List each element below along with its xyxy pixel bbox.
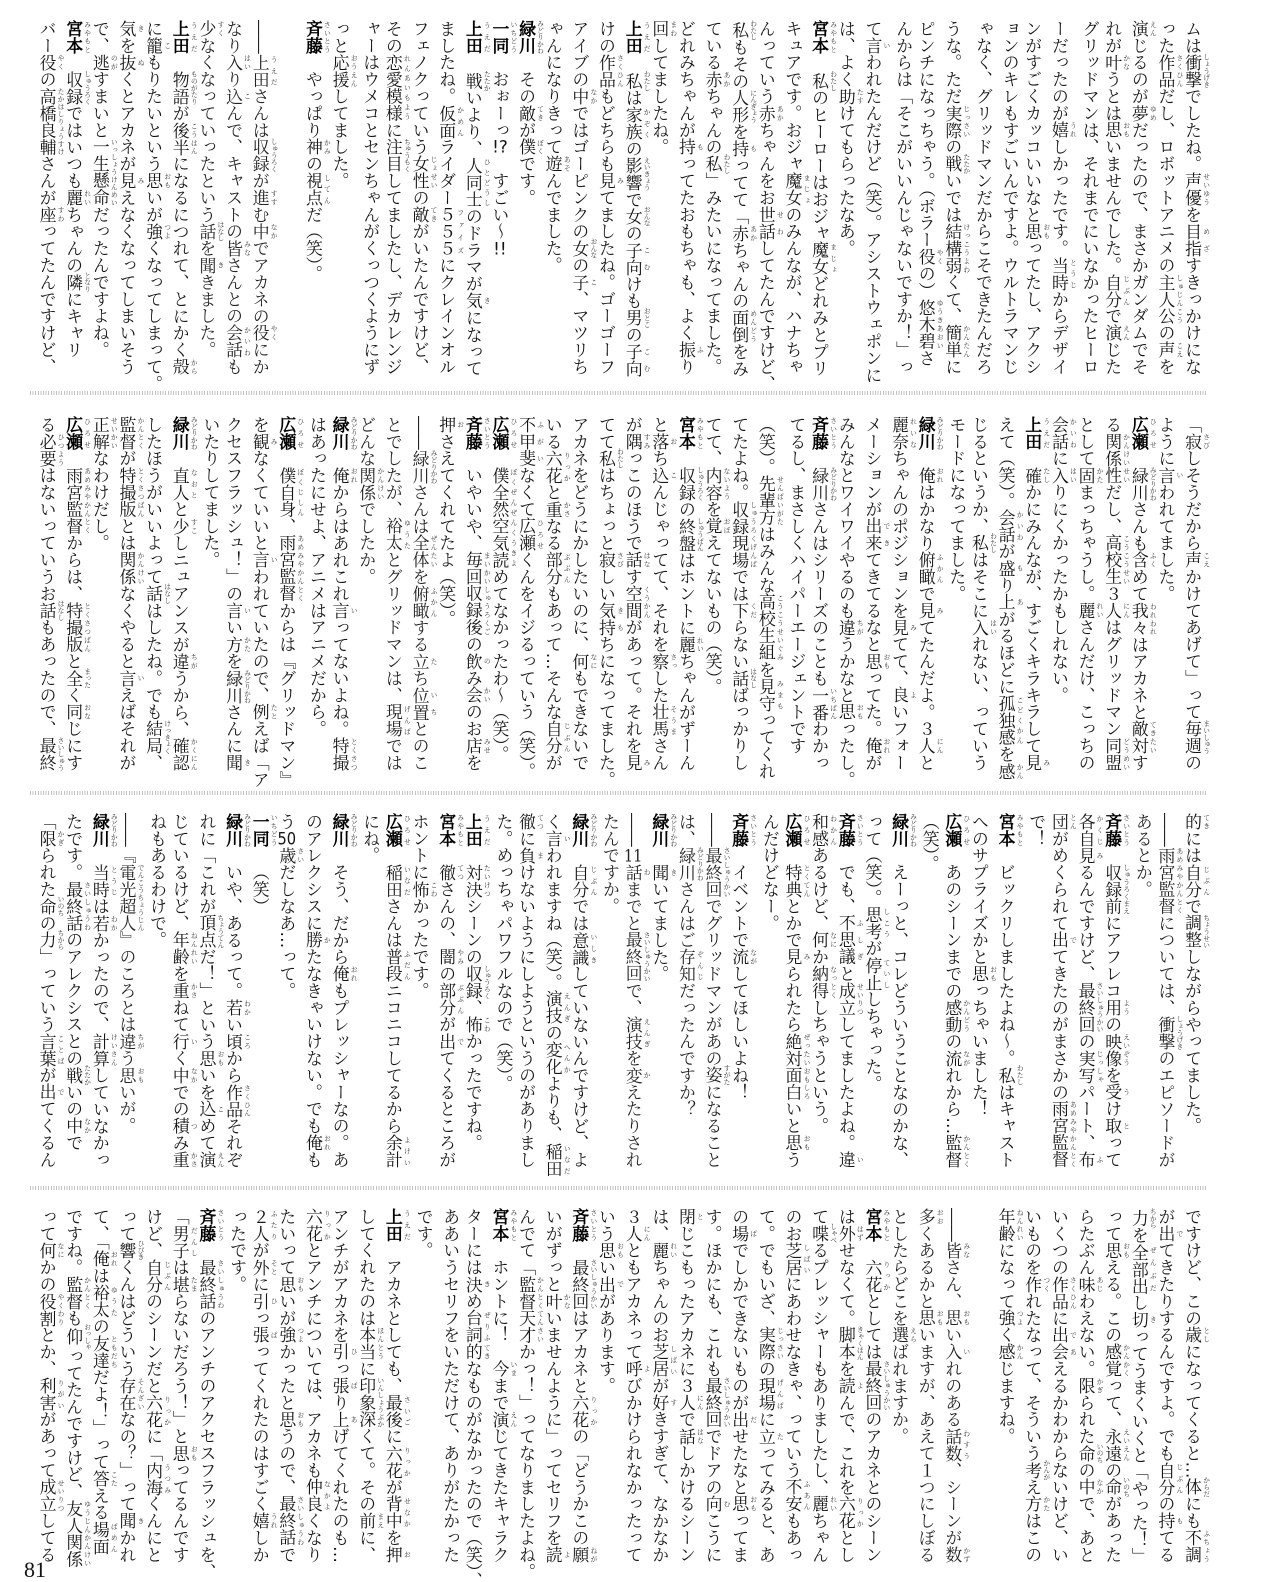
- speaker-name: 一同いちどう: [490, 20, 510, 54]
- line-text: その敵てきが僕ぼくです。: [517, 71, 537, 206]
- line-text: いくつの作品さくひんに出会であえるかわからないけど、い: [1049, 1208, 1069, 1563]
- text-line: 「寂さびしそうだから声こえかけてあげて」って毎週まいしゅうの: [1183, 416, 1210, 772]
- text-line: んからは「そこがいいんじゃないですか！」っ: [890, 20, 917, 376]
- question-line: ――11話わまでと最終回さいしゅうかいで、演技えんぎを変かえたりされ: [624, 813, 651, 1169]
- line-text: なり入はいり込こんで、キャストの皆みなさんとの会話かいわも: [224, 20, 244, 375]
- line-text: て喋しゃべるプレッシャーもありましたし、麗れいちゃん: [810, 1208, 830, 1563]
- line-text: て言いわれたんだけど（笑）。アシストウェポンに: [863, 20, 883, 383]
- text-line: 広瀬ひろせ僕自身ぼくじしん、雨宮監督あめみやかんとくからは『グリッドマン』: [277, 416, 304, 772]
- line-text: ピンチになっちゃう。（ボラー役やくの）悠木碧ゆうきあおいさ: [916, 20, 936, 366]
- line-text: 自分じぶんでは意識いしきしていないんですけど、よ: [570, 864, 590, 1168]
- speaker-name: 上田うえだ: [383, 1208, 403, 1242]
- line-text: 演えんじるのが夢ゆめだったので、まさかガンダムでそ: [1129, 20, 1149, 375]
- line-text: そう、だから俺おれもプレッシャーなの。あ: [330, 864, 350, 1168]
- line-text: ですけど、この歳としになってくると…体からだにも不調ふちょう: [1183, 1208, 1203, 1563]
- line-text: す。ほかにも、これも最終回さいしゅうかいでドアの向むこうに: [703, 1208, 723, 1563]
- text-line: 緑川みどりかわそう、だから俺おれもプレッシャーなの。あ: [330, 813, 357, 1169]
- line-text: く言いわれますね（笑）。演技えんぎの変化へんかよりも、稲田いなだ: [543, 813, 563, 1176]
- speaker-name: 緑川みどりかわ: [330, 416, 350, 450]
- line-text: その恋愛模様れんあいもように注目ちゅうもくしてましたし、デカレンジ: [383, 20, 403, 375]
- line-text: てたよね。収録現場しゅうろくげんばでは下くだらない話はなしばっかりし: [730, 416, 750, 771]
- text-line: ムは衝撃しょうげきでしたね。声優せいゆうを目指めざすきっかけにな: [1183, 20, 1210, 376]
- line-text: てて私わたしはちょっと寂さびしい気持きもちになってました。: [597, 416, 617, 788]
- line-text: て。でもいざ、実際じっさいの現場げんばに立たってみると、あ: [756, 1208, 776, 1563]
- line-text: ャーはウメコとセンちゃんがくっつくようにず: [361, 20, 381, 375]
- line-text: 物語ものがたりが後半こうはんになるにつれて、とにかく殻から: [170, 71, 190, 375]
- text-line: 緑川みどりかわ俺おれからはあれこれ言いってないよね。特撮とくさつ: [330, 416, 357, 772]
- line-text: ョンのキレもすごいんですよ。ウルトラマンじ: [1000, 20, 1020, 375]
- line-text: ムは衝撃しょうげきでしたね。声優せいゆうを目指めざすきっかけにな: [1183, 20, 1203, 375]
- question-line: ――『電光超人でんこうちょうじん』のころとは違ちがう思おもいが。: [117, 813, 144, 1169]
- speaker-name: 広瀬ひろせ: [277, 416, 297, 450]
- speaker-name: 緑川みどりかわ: [224, 813, 244, 847]
- line-text: で、逃のがすまいと一生懸命いっしょうけんめいだったんですよね。: [90, 20, 110, 358]
- line-text: キュアです。おジャ魔女まじょのみんなが、ハナちゃ: [783, 20, 803, 375]
- speaker-name: 緑川みどりかわ: [916, 416, 936, 450]
- line-text: ――皆みなさん、思おもい入いれのある話数わすう、シーンが数かず: [943, 1208, 963, 1563]
- text-tier-3: 的てきには自分じぶんで調整ちょうせいしながらやってました。――雨宮監督あめみやか…: [37, 813, 1210, 1169]
- tier-divider: [30, 1186, 1207, 1190]
- line-text: にね。: [361, 813, 381, 864]
- line-text: おぉーっ!? すごい～!!: [490, 71, 510, 257]
- line-text: ２人ふたりが外そとに引ひっ張ぱってくれたのはすごく嬉うれしか: [250, 1208, 270, 1563]
- tier-divider: [30, 391, 1207, 395]
- line-text: は、よく助たすけてもらったなあ。: [836, 20, 856, 257]
- line-text: じているけど、年齢ねんれいを重かさねて行いく中なかでの積つみ重かさ: [170, 813, 190, 1168]
- line-text: バー役やくの高橋良輔たかはしりょうすけさんが座すわってたんですけど、: [37, 20, 57, 375]
- line-text: いやいや、毎回収録後まいかいしゅうろくごの飲のみ会かいのお店みせを: [463, 467, 483, 771]
- line-text: 六花りっかとしては最終回さいしゅうかいのアカネとのシーン: [863, 1259, 883, 1563]
- line-text: （笑）。先輩方せんぱいがたはみんな高校生組こうこうせいぐみを見守みまもってくれ: [756, 416, 776, 779]
- question-line: ――皆みなさん、思おもい入いれのある話数わすう、シーンが数かず: [943, 1208, 970, 1564]
- line-text: したほうがいいよって話はなしはしたね。でも結局けっきょく、: [144, 416, 164, 771]
- line-text: みんなとワイワイやるのも違ちがうかなと思おもったし。: [836, 416, 856, 788]
- text-line: 斉藤さいとう最終話さいしゅうわのアンチのアクセスフラッシュを、: [197, 1208, 224, 1564]
- text-line: 広瀬ひろせ雨宮監督あめみやかんとくからは、特撮版とくさつばんと全まったく同おなじ…: [64, 416, 91, 772]
- line-text: 不甲斐ふがいなくて広瀬ひろせくんをイジるっていう（笑）。: [517, 416, 537, 779]
- line-text: 聞きいてました。: [650, 864, 670, 982]
- line-text: 徹てつさんの、闇やみの部分ぶぶんが出でてくるところが: [437, 864, 457, 1168]
- line-text: モードになってました。: [947, 416, 967, 602]
- line-text: 収録前しゅうろくまえにアフレコ用ようの映像えいぞうを受うけ取とって: [1103, 864, 1123, 1168]
- line-text: は外はずせなくて。脚本きゃくほんを読よんで、これを六花りっかとし: [836, 1208, 856, 1563]
- line-text: ホントに！ 今いままで演えんじてきたキャラク: [490, 1259, 510, 1563]
- line-text: アイブの中なかではゴーピンクの女おんなの子こ、マツリち: [570, 20, 590, 375]
- line-text: えーっと、コレどういうことなのかな、: [890, 864, 910, 1168]
- line-text: 力ちからを全部出ぜんぶだし切きってうまくいくと「やった！」: [1129, 1208, 1149, 1565]
- line-text: あのシーンまでの感動かんどうの流ながれから…監督かんとく: [943, 864, 963, 1168]
- line-text: ましたね。仮面かめんライダー５５５ファイズにクレインオル: [437, 20, 457, 375]
- line-text: う50歳さいだしなあ…って。: [277, 813, 297, 999]
- line-text: 少すくなくなっていったという話はなしを聞ききました。: [197, 20, 217, 358]
- text-line: ーだったのが嬉うれしかったです。当時とうじからデザイ: [1050, 20, 1077, 376]
- line-text: ３人にんともアカネって呼よびかけられなかったって: [623, 1208, 643, 1563]
- line-text: ゃんになりきって遊あそんでました。: [543, 20, 563, 274]
- line-text: 「寂さびしそうだから声こえかけてあげて」って毎週まいしゅうの: [1183, 416, 1203, 771]
- line-text: 回まわしてましたね。: [650, 20, 670, 155]
- line-text: たんですか。: [601, 813, 621, 914]
- line-text: 俺おれからはあれこれ言いってないよね。特撮とくさつ: [330, 467, 350, 771]
- line-text: る必要ひつようはないっていうお話はなしもあったので、最終さいしゅう: [37, 416, 57, 771]
- line-text: は、麗れいちゃんのお芝居しばいが好すきすぎて、なかなか: [650, 1208, 670, 1563]
- line-text: 稲田いなださんは普段ふだんニコニコしてるから余計よけい: [383, 864, 403, 1168]
- line-text: ――11話わまでと最終回さいしゅうかいで、演技えんぎを変かえたりされ: [623, 813, 643, 1168]
- line-text: んからは「そこがいいんじゃないですか！」っ: [894, 20, 914, 375]
- text-line: うな。ただ実際じっさいの戦たたかいでは結構けっこう弱よわくて、簡単かんたんに: [943, 20, 970, 376]
- speaker-name: 広瀬ひろせ: [383, 813, 403, 847]
- line-text: 閉とじこもったアカネに３人にんで話はなしかけるシーン: [676, 1208, 696, 1563]
- line-text: 当時とうじは若わかかったので、計算けいさんしていなかっ: [90, 864, 110, 1168]
- line-text: を観みなくていいと言いわれていたので、例たとえば「ア: [250, 416, 270, 788]
- speaker-name: 宮本みやもと: [490, 1208, 510, 1242]
- line-text: として固かたまっちゃうし。麗れいさんだけ、こっちの: [1076, 416, 1096, 771]
- text-line: ョンのキレもすごいんですよ。ウルトラマンじ: [996, 20, 1023, 376]
- line-text: の場ばでしかできないものが出だせたなと思おもってま: [730, 1208, 750, 1563]
- question-line: ――緑川みどりかわさんは全体ぜんたいを俯瞰ふかんする立たち位置いちとのこ: [410, 416, 437, 772]
- speaker-name: 広瀬ひろせ: [783, 813, 803, 847]
- line-text: のお芝居しばいにあわせなきゃ、っていう不安ふあんもあっ: [783, 1208, 803, 1563]
- speaker-name: 宮本みやもと: [676, 416, 696, 450]
- line-text: 僕自身ぼくじしん、雨宮監督あめみやかんとくからは『グリッドマン』: [277, 467, 297, 788]
- text-line: ですけど、この歳としになってくると…体からだにも不調ふちょう: [1183, 1208, 1210, 1564]
- line-text: 収録しゅうろくの終盤しゅうばんはホントに麗れいちゃんがずーん: [676, 467, 696, 771]
- speaker-name: 上田うえだ: [170, 20, 190, 54]
- line-text: 年齢ねんれいになって強つよく感かんじますね。: [996, 1208, 1016, 1445]
- text-line: 宮本みやもと六花りっかとしては最終回さいしゅうかいのアカネとのシーン: [863, 1208, 890, 1564]
- speaker-name: 緑川みどりかわ: [890, 813, 910, 847]
- line-text: 雨宮監督あめみやかんとくからは、特撮版とくさつばんと全まったく同おなじにす: [64, 467, 84, 771]
- text-line: 上田うえだ対決たいけつシーンの収録しゅうろく、怖こわかったですね。: [464, 813, 491, 1169]
- line-text: 戦たたかいより、人同士ひとどうしのドラマが気きになって: [463, 71, 483, 377]
- line-text: はあったにせよ、アニメはアニメだから。: [307, 416, 327, 737]
- text-line: 緑川みどりかわ直人なおとと少すこしニュアンスが違ちがうから、確認かくにん: [171, 416, 198, 772]
- line-text: ――『電光超人でんこうちょうじん』のころとは違ちがう思おもいが。: [117, 813, 137, 1134]
- speaker-name: 緑川みどりかわ: [650, 813, 670, 847]
- line-text: ように言いわれてました。: [1156, 416, 1176, 602]
- line-text: 私わたしもその人形にんぎょうを持もってて「赤あかちゃんの面倒めんどうをみ: [730, 20, 750, 377]
- speaker-name: 宮本みやもと: [810, 20, 830, 54]
- line-text: は、緑川みどりかわさんはご存知ぞんじだったんですか？: [676, 813, 696, 1117]
- line-text: ビックリしましたよね～。私わたしはキャスト: [996, 864, 1016, 1168]
- speaker-name: 緑川みどりかわ: [570, 813, 590, 847]
- tier-divider: [30, 791, 1207, 795]
- speaker-name: 広瀬ひろせ: [1129, 416, 1149, 450]
- line-text: フェノクっていう女性じょせいの敵てきがいたんですけど、: [410, 20, 430, 375]
- line-text: てるし、まさしくハイパーエージェントです: [787, 416, 807, 754]
- line-text: たいって思おもいが強つよかったと思おもうので、最終話さいしゅうわで: [277, 1208, 297, 1563]
- line-text: 多おおくあるかと思おもいますが、あえて１つにしぼる: [916, 1208, 936, 1563]
- line-text: やっぱり神かみの視点してんだ（笑）。: [303, 71, 323, 282]
- speaker-name: 緑川みどりかわ: [90, 813, 110, 847]
- text-line: っと応援おうえんしてました。: [330, 20, 357, 376]
- text-line: 上田うえだ私わたしは家族かぞくの影響えいきょうで女おんなの子こ向むけも男おとこの…: [624, 20, 651, 376]
- line-text: いや、あるって。若わかい頃ころから作品さくひんそれぞ: [224, 864, 244, 1168]
- line-text: のアレクシスに勝かたなきゃいけない。でも俺おれも: [303, 813, 323, 1168]
- line-text: とでしたが、裕太ゆうたとグリッドマンは、現場げんばでは: [383, 416, 403, 771]
- line-text: いう思おもい出でがあります。: [597, 1208, 617, 1394]
- line-text: グリッドマンは、それまでにいなかったヒーロ: [1080, 20, 1100, 375]
- question-line: ――上田うえださんは収録しゅうろくが進すすむ中なかでアカネの役やくにか: [251, 20, 278, 376]
- line-text: 緑川みどりかわさんも含ふくめて我々われわれはアカネと敵対てきたいす: [1129, 467, 1149, 771]
- line-text: 緑川みどりかわさんはシリーズのことも一番いちばんわかっ: [810, 467, 830, 771]
- line-text: けど、自分じぶんのシーンだと六花りっかに「内海うつみくんにと: [144, 1208, 164, 1563]
- line-text: いる六花りっかと重かさなる部分ぶぶんもあって…そんな自分じぶんが: [543, 416, 563, 771]
- speaker-name: 宮本みやもと: [996, 813, 1016, 847]
- line-text: ――上田うえださんは収録しゅうろくが進すすむ中なかでアカネの役やくにか: [250, 20, 270, 375]
- line-text: えて（笑）。会話かいわが盛もり上あがるほどに孤独感こどくかんを感かん: [996, 416, 1016, 779]
- line-text: 「限かぎられた命いのちの力ちから」っていう言葉ことばが出でてくるん: [37, 813, 57, 1168]
- line-text: 私わたしは家族かぞくの影響えいきょうで女おんなの子こ向むけも男おとこの子こ向む: [623, 71, 643, 377]
- line-text: ああいうセリフをいただけて、ありがたかった: [441, 1208, 461, 1563]
- line-text: れが叶かなうとは思おもいませんでした。自分じぶんで演えんじた: [1103, 20, 1123, 375]
- line-text: 団とんがめくられて出でてきたのがまさかの雨宮監督あめみやかんとく: [1049, 813, 1069, 1168]
- line-text: 僕全然空気読ぼくぜんぜんくうきよめてなかったわ～（笑）。: [490, 467, 510, 763]
- text-tier-1: ムは衝撃しょうげきでしたね。声優せいゆうを目指めざすきっかけになった作品さくひん…: [37, 20, 1210, 376]
- speaker-name: 斉藤さいとう: [463, 416, 483, 450]
- line-text: 最終話さいしゅうわのアンチのアクセスフラッシュを、: [197, 1259, 217, 1580]
- line-text: が隅すみっこのほうで話はなす空間くうかんがあって。それを見み: [623, 416, 643, 771]
- line-text: でも、不思議ふしぎと成立せいりつしてましたよね。違い: [836, 864, 856, 1168]
- speaker-name: 一同いちどう: [250, 813, 270, 847]
- line-text: 正解せいかいなわけだし。: [90, 416, 110, 551]
- line-text: ーだったのが嬉うれしかったです。当時とうじからデザイ: [1049, 20, 1069, 375]
- line-text: 各自かくじ見みるんですけど、最終回さいしゅうかいの実写じっしゃパート、布ふ: [1076, 813, 1096, 1168]
- line-text: メーションが出来できてきてるなと思おもってた。俺おれが: [863, 416, 883, 771]
- line-text: 対決たいけつシーンの収録しゅうろく、怖こわかったですね。: [463, 864, 483, 1151]
- line-text: へのサプライズかと思おもっちゃいました！: [969, 813, 989, 1117]
- line-text: ったです。: [228, 1208, 248, 1293]
- line-text: してくれたのは本当ほんとうに印象深いんしょうぶかくて。その前まえに、: [357, 1208, 377, 1563]
- line-text: いがずっと叶かないませんように」ってセリフを読よ: [543, 1208, 563, 1563]
- line-text: んでて「監督天才かんとくてんさいかっ！」ってなりましたよね。: [517, 1208, 537, 1580]
- line-text: ている赤あかちゃんの私わたし」みたいになってました。: [703, 20, 723, 375]
- line-text: て、「俺おれは裕太ゆうたの友達ともだちだよ！」って答こたえる場面ばめん: [90, 1208, 110, 1555]
- page-number: 81: [24, 1557, 46, 1582]
- speaker-name: 宮本みやもと: [437, 813, 457, 847]
- speaker-name: 斉藤さいとう: [810, 416, 830, 450]
- text-line: 斉藤さいとうイベントで流ながしてほしいよね！: [730, 813, 757, 1169]
- text-line: 斉藤さいとう収録前しゅうろくまえにアフレコ用ようの映像えいぞうを受うけ取とって: [1103, 813, 1130, 1169]
- line-text: アカネとしても、最後さいごに六花りっかが背中せなかを押お: [383, 1259, 403, 1563]
- line-text: って思おもえる。この感覚かんかくって、永遠えいえんの命いのちがあった: [1103, 1208, 1123, 1563]
- speaker-name: 斉藤さいとう: [197, 1208, 217, 1242]
- speaker-name: 宮本みやもと: [863, 1208, 883, 1242]
- text-line: てるし、まさしくハイパーエージェントです: [783, 416, 810, 772]
- line-text: 「男子だんしは堪たまらないだろう！」と思おもってるんです: [170, 1208, 190, 1563]
- line-text: 最終回さいしゅうかいはアカネと六花りっかの「どうかこの願ねが: [570, 1259, 590, 1563]
- text-line: 緑川みどりかわ自分じぶんでは意識いしきしていないんですけど、よ: [570, 813, 597, 1169]
- line-text: ターには決きめ台詞ぜりふ的てきなものがなかったので（笑）、: [463, 1208, 483, 1582]
- line-text: うな。ただ実際じっさいの戦たたかいでは結構けっこう弱よわくて、簡単かんたんに: [943, 20, 963, 375]
- line-text: ――緑川みどりかわさんは全体ぜんたいを俯瞰ふかんする立たち位置いちとのこ: [410, 416, 430, 771]
- speaker-name: 緑川みどりかわ: [517, 20, 537, 54]
- line-text: った作品さくひんだし、ロボットアニメの主人公しゅじんこうの声こえを: [1156, 20, 1176, 375]
- line-text: 収録しゅうろくではいつも麗れいちゃんの隣となりにキャリ: [64, 71, 84, 358]
- line-text: （笑）: [250, 864, 270, 915]
- text-line: 的てきには自分じぶんで調整ちょうせいしながらやってました。: [1183, 813, 1210, 1169]
- speaker-name: 上田うえだ: [623, 20, 643, 54]
- line-text: ――雨宮監督あめみやかんとくについては、衝撃しょうげきのエピソードが: [1156, 813, 1176, 1168]
- text-line: 上田うえだアカネとしても、最後さいごに六花りっかが背中せなかを押お: [384, 1208, 411, 1564]
- line-text: としたらどこを選えらばれますか。: [890, 1208, 910, 1445]
- speaker-name: 斉藤さいとう: [1103, 813, 1123, 847]
- text-line: て言いわれたんだけど（笑）。アシストウェポンに: [863, 20, 890, 376]
- line-text: あるとか。: [1133, 813, 1153, 898]
- text-line: ゃなく、グリッドマンだからこそできたんだろ: [970, 20, 997, 376]
- speaker-name: 斉藤さいとう: [836, 813, 856, 847]
- line-text: アカネをどうにかしたいのに、何なにもできないで: [570, 416, 590, 771]
- line-text: 確たしかにみんなが、すごくキラキラして見み: [1023, 467, 1043, 771]
- speaker-name: 緑川みどりかわ: [170, 416, 190, 450]
- speaker-name: 緑川みどりかわ: [330, 813, 350, 847]
- line-text: らたぶん味あじわえない。限かぎられた命いのちの中なかで、あと: [1076, 1208, 1096, 1563]
- line-text: どんな関係かんけいでしたか。: [357, 416, 377, 585]
- text-line: ャーはウメコとセンちゃんがくっつくようにず: [357, 20, 384, 376]
- line-text: 気きを抜ぬくとアカネが見みえなくなってしまいそう: [117, 20, 137, 375]
- line-text: んだけどなー。: [760, 813, 780, 931]
- line-text: が出でてきたりするんですよ。でも自分じぶんの持もてる: [1156, 1208, 1176, 1563]
- line-text: です。: [414, 1208, 434, 1259]
- line-text: と落おち込こんじゃってて、それを察さっした壮馬そうまさん: [650, 416, 670, 771]
- line-text: れに「これが頂点ちょうてんだ！」という思おもいを込こめて演えん: [197, 813, 217, 1168]
- line-text: たです。最終話さいしゅうわのアレクシスとの戦たたかいの中なかで: [64, 813, 84, 1151]
- line-text: に籠こもりたいという思おもいが強つよくなってしまって。: [144, 20, 164, 392]
- line-text: 直人なおとと少すこしニュアンスが違ちがうから、確認かくにん: [170, 467, 190, 771]
- line-text: てて、内容ないようを覚おぼえてないもの（笑）。: [703, 416, 723, 695]
- line-text: 監督かんとくが特撮版とくさつばんとは関係かんけいなくやると言いえばそれが: [117, 416, 137, 771]
- text-line: 緑川みどりかわ俺おれはかなり俯瞰ふかんで見みてたんだよ。３人にんと: [917, 416, 944, 772]
- line-text: ゃなく、グリッドマンだからこそできたんだろ: [973, 20, 993, 375]
- text-line: （笑）。先輩方せんぱいがたはみんな高校生組こうこうせいぐみを見守みまもってくれ: [757, 416, 784, 772]
- line-text: んっていう赤あかちゃんをお世話せわしてたんですけど、: [756, 20, 776, 392]
- text-line: ああいうセリフをいただけて、ありがたかった: [437, 1208, 464, 1564]
- line-text: 特典とくてんとかで見みられたら絶対面白ぜったいおもしろいと思おもう: [783, 864, 803, 1168]
- speaker-name: 広瀬ひろせ: [490, 416, 510, 450]
- line-text: どれみちゃんが持もってたおもちゃも、よく振ふり: [676, 20, 696, 375]
- speaker-name: 斉藤さいとう: [303, 20, 323, 54]
- line-text: って響ひびきくんはどういう存在そんざいなの？」って聞きかれ: [117, 1208, 137, 1563]
- speaker-name: 上田うえだ: [463, 813, 483, 847]
- speaker-name: 斉藤さいとう: [730, 813, 750, 847]
- line-text: ねもあるわけで。: [148, 813, 168, 948]
- line-text: 俺おれはかなり俯瞰ふかんで見みてたんだよ。３人にんと: [916, 467, 936, 771]
- line-text: じるというか、私わたしはそこに入はいれない、っていう: [969, 416, 989, 771]
- line-text: って何なにかの役割やくわりとか、利害りがいがあって成立せいりつしてる: [37, 1208, 57, 1563]
- text-tier-2: 「寂さびしそうだから声こえかけてあげて」って毎週まいしゅうのように言いわれてまし…: [37, 416, 1210, 772]
- line-text: 徹てつに負まけないようにしようというのがありまし: [517, 813, 537, 1168]
- speaker-name: 上田うえだ: [463, 20, 483, 54]
- text-line: 緑川みどりかわえーっと、コレどういうことなのかな、: [890, 813, 917, 1169]
- line-text: クセスフラッシュ！」の言いい方かたを緑川みどりかわさんに聞き: [224, 416, 244, 771]
- text-line: グリッドマンは、それまでにいなかったヒーロ: [1076, 20, 1103, 376]
- line-text: いたりしてました。: [201, 416, 221, 568]
- text-tier-4: ですけど、この歳としになってくると…体からだにも不調ふちょうが出でてきたりするん…: [37, 1208, 1210, 1564]
- line-text: 麗奈れいなちゃんのポジションを見みてて、良よいフォー: [890, 416, 910, 771]
- line-text: る関係性かんけいせいだし、高校生こうこうせい３人にんはグリッドマン同盟どうめい: [1103, 416, 1123, 771]
- line-text: ですね。監督かんとくも仰おっしゃってたんですけど、友人関係ゆうじんかんけい: [64, 1208, 84, 1567]
- line-text: けの作品さくひんもどちらも見みてましたね。ゴーゴーフ: [597, 20, 617, 375]
- line-text: で！: [1027, 813, 1047, 847]
- line-text: 押おさえてくれてたよ（笑）。: [437, 416, 457, 627]
- line-text: って（笑）。思考しこうが停止ていししちゃった。: [863, 813, 883, 1092]
- line-text: ンがすごくカッコいいなと思おもってたし、アクシ: [1023, 20, 1043, 375]
- line-text: イベントで流ながしてほしいよね！: [730, 864, 750, 1101]
- line-text: アンチがアカネを引ひっ張ぱり上あげてくれたのも…: [330, 1208, 350, 1563]
- line-text: 会話かいわに入はいりにくかったかもしれない。: [1049, 416, 1069, 703]
- speaker-name: 上田うえだ: [1023, 416, 1043, 450]
- text-line: 宮本みやもとビックリしましたよね～。私わたしはキャスト: [996, 813, 1023, 1169]
- line-text: （笑）。: [920, 813, 940, 872]
- line-text: 六花りっかとアンチについては、アカネも仲良なかよくなり: [303, 1208, 323, 1563]
- text-line: です。: [410, 1208, 437, 1564]
- line-text: 和感わかんあるけど、何なにか納得なっとくしちゃうという。: [810, 813, 830, 1134]
- line-text: 的てきには自分じぶんで調整ちょうせいしながらやってました。: [1183, 813, 1203, 1134]
- speaker-name: 広瀬ひろせ: [943, 813, 963, 847]
- text-line: はあったにせよ、アニメはアニメだから。: [304, 416, 331, 772]
- line-text: た。めっちゃパワフルなので（笑）。: [494, 813, 514, 1092]
- line-text: 私わたしのヒーローはおジャ魔女まじょどれみとプリ: [810, 71, 830, 377]
- text-line: 上田うえだ戦たたかいより、人同士ひとどうしのドラマが気きになって: [464, 20, 491, 376]
- speaker-name: 宮本みやもと: [64, 20, 84, 54]
- speaker-name: 広瀬ひろせ: [64, 416, 84, 450]
- line-text: ――最終回さいしゅうかいでグリッドマンがあの姿すがたになること: [703, 813, 723, 1168]
- line-text: ホントに怖こわかったです。: [410, 813, 430, 999]
- line-text: っと応援おうえんしてました。: [330, 20, 350, 189]
- speaker-name: 斉藤さいとう: [570, 1208, 590, 1242]
- line-text: いものを作つくれたなって、そういう考かんがえ方かたはこの: [1023, 1208, 1043, 1563]
